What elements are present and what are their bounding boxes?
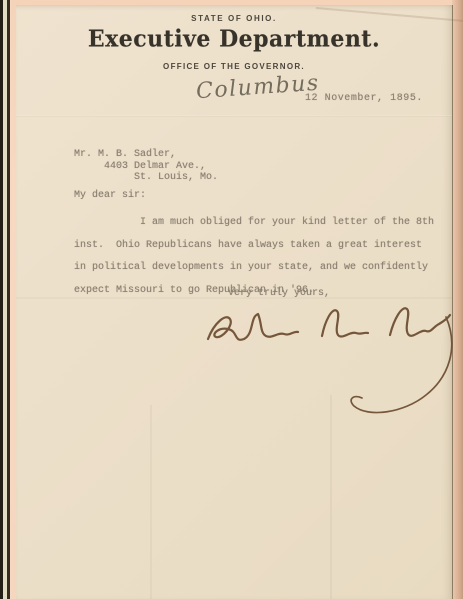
signature-ink-strokes: [198, 299, 460, 431]
recipient-line-1: Mr. M. B. Sadler,: [74, 149, 176, 160]
fold-crease-vertical-1: [150, 405, 152, 599]
body-line-3: in political developments in your state,…: [74, 262, 428, 273]
salutation: My dear sir:: [74, 190, 146, 201]
body-line-2: inst. Ohio Republicans have always taken…: [74, 240, 422, 251]
dateline-place-script: Columbus: [195, 71, 320, 105]
recipient-line-3: St. Louis, Mo.: [74, 172, 218, 183]
letterhead-office-line: OFFICE OF THE GOVERNOR.: [16, 62, 452, 71]
recipient-address-block: Mr. M. B. Sadler, 4403 Delmar Ave., St. …: [74, 149, 218, 184]
signature-wm-mckinley: [198, 299, 460, 431]
letterhead-department-line: Executive Department.: [16, 25, 452, 52]
letter-sheet: STATE OF OHIO. Executive Department. OFF…: [16, 5, 453, 599]
closing-line: Very truly yours,: [228, 288, 330, 299]
fold-crease-horizontal: [16, 115, 452, 117]
dateline-date: 12 November, 1895.: [305, 93, 423, 104]
recipient-line-2: 4403 Delmar Ave.,: [74, 161, 206, 172]
letterhead-state-line: STATE OF OHIO.: [16, 14, 452, 23]
frame-moulding: [0, 0, 11, 599]
body-line-1: I am much obliged for your kind letter o…: [74, 217, 434, 228]
framed-letter-photo: STATE OF OHIO. Executive Department. OFF…: [0, 0, 463, 599]
